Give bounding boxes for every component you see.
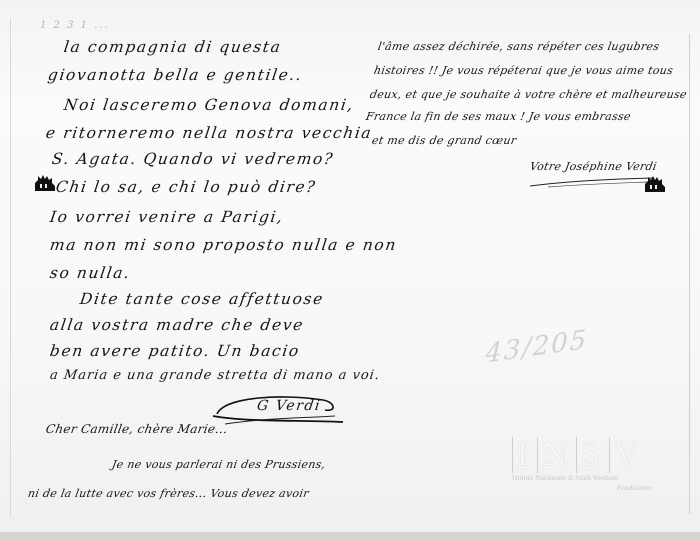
letter-line: e ritorneremo nella nostra vecchia: [45, 124, 374, 142]
logo-letter: N: [537, 437, 573, 473]
letter-line: Dite tante cose affettuose: [79, 290, 325, 308]
signature-underline-icon: [528, 175, 658, 189]
logo-letter: V: [609, 437, 645, 473]
scan-bottom-edge: [0, 532, 700, 539]
insv-watermark: I N S V Istituto Nazionale di Studi Verd…: [512, 437, 660, 492]
watermark-institute: Istituto Nazionale di Studi Verdiani: [512, 473, 660, 483]
letter-line: a Maria e una grande stretta di mano a v…: [49, 368, 381, 383]
letter-line: et me dis de grand cœur: [371, 134, 518, 147]
letter-line: ben avere patito. Un bacio: [49, 342, 301, 360]
letter-line: Cher Camille, chère Marie...: [45, 422, 229, 436]
letter-line: deux, et que je souhaite à votre chère e…: [369, 88, 688, 101]
logo-letter: S: [576, 437, 606, 473]
library-stamp-icon: [644, 175, 666, 193]
letter-line: France la fin de ses maux ! Je vous embr…: [365, 110, 632, 123]
watermark-logo: I N S V: [512, 437, 660, 473]
letter-sheet: 1 2 3 1 ... la compagnia di questa giova…: [0, 0, 700, 532]
letter-line: S. Agata. Quando vi vedremo?: [51, 150, 335, 168]
letter-line: Je ne vous parlerai ni des Prussiens,: [111, 458, 327, 471]
signature-text: G Verdi: [256, 398, 322, 414]
page-edge: [10, 18, 11, 518]
letter-line: so nulla.: [49, 264, 132, 282]
letter-line: l'âme assez déchirée, sans répéter ces l…: [377, 40, 661, 53]
letter-line: histoires !! Je vous répéterai que je vo…: [373, 64, 674, 77]
closing-signature: Votre Joséphine Verdi: [529, 160, 658, 173]
watermark-foundation: Fondazione: [512, 483, 660, 492]
library-stamp-icon: [34, 174, 56, 192]
archive-number: 43/205: [485, 325, 589, 370]
letter-line: Noi lasceremo Genova domani,: [63, 96, 356, 114]
letter-line: alla vostra madre che deve: [49, 316, 305, 334]
letter-line: Io vorrei venire a Parigi,: [49, 208, 285, 226]
logo-letter: I: [512, 437, 534, 473]
faint-pencil-note: 1 2 3 1 ...: [40, 20, 110, 31]
letter-line: giovanotta bella e gentile..: [47, 66, 304, 84]
letter-line: ma non mi sono proposto nulla e non: [49, 236, 399, 254]
letter-line: Chi lo sa, e chi lo può dire?: [55, 178, 318, 196]
letter-line: la compagnia di questa: [63, 38, 283, 56]
letter-line: ni de la lutte avec vos frères... Vous d…: [27, 487, 310, 500]
